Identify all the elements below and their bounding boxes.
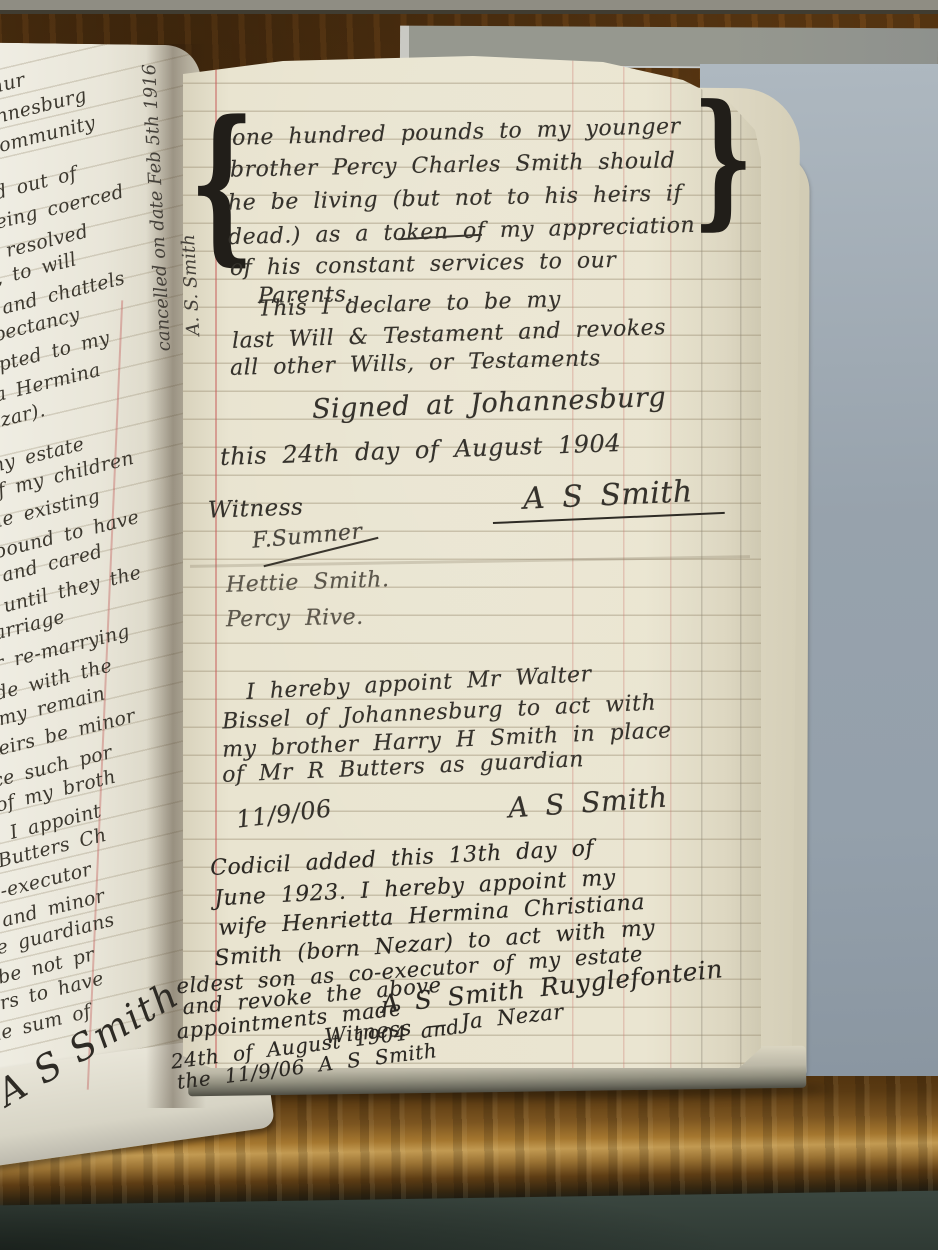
shelf-back-edge-shadow	[0, 10, 938, 14]
right-brace-ink: }	[692, 86, 753, 232]
photo-scene: f arthurJohannesburgof communityd and ou…	[0, 0, 938, 1250]
shelf-back-edge	[0, 0, 938, 10]
witness-label: Witness	[208, 494, 304, 523]
witness-signature: Percy Rive.	[226, 605, 364, 632]
